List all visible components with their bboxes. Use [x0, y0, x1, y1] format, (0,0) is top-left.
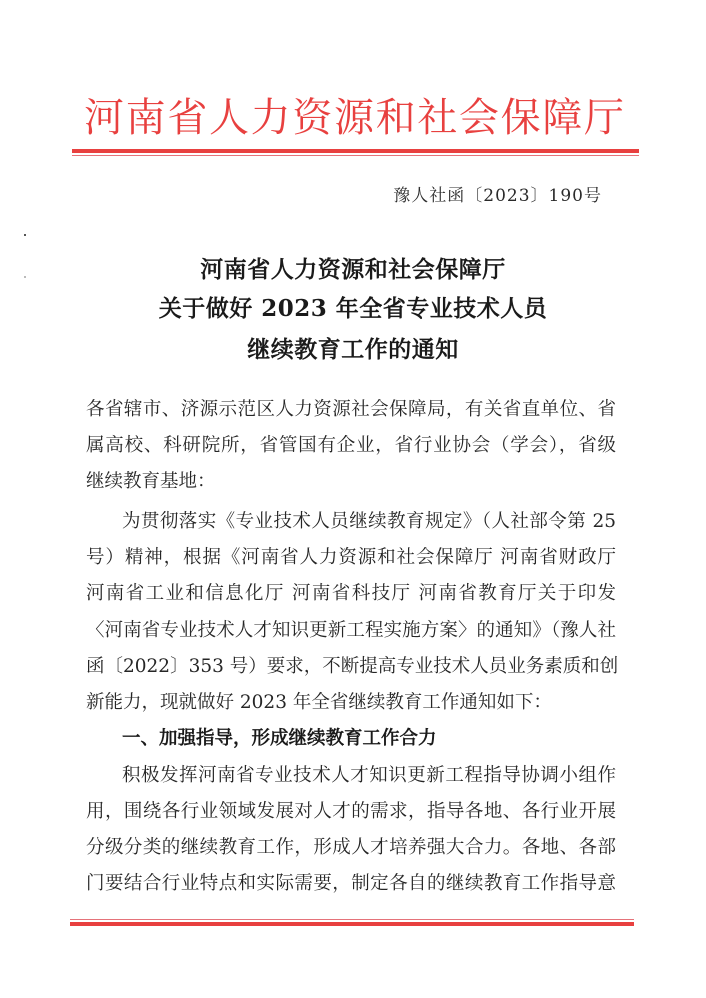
footer-rule-thick [70, 922, 634, 926]
notice-title-line-1: 河南省人力资源和社会保障厅 [0, 255, 706, 285]
notice-title-line-3: 继续教育工作的通知 [0, 335, 706, 365]
paragraph-line: 门要结合行业特点和实际需要，制定各自的继续教育工作指导意 [86, 871, 616, 897]
footer-rule-thin [70, 919, 634, 920]
paragraph-line: 为贯彻落实《专业技术人员继续教育规定》（人社部令第 25 [122, 509, 616, 535]
paragraph-line: 积极发挥河南省专业技术人才知识更新工程指导协调小组作 [122, 763, 616, 789]
scan-speck [24, 234, 26, 236]
letterhead-rule-thin [72, 155, 639, 156]
notice-title-line-2: 关于做好 2023 年全省专业技术人员 [0, 294, 706, 324]
paragraph-line: 河南省工业和信息化厅 河南省科技厅 河南省教育厅关于印发 [86, 581, 616, 607]
document-page: 河南省人力资源和社会保障厅 豫人社函〔2023〕190号 河南省人力资源和社会保… [0, 0, 706, 998]
paragraph-line: 用，围绕各行业领域发展对人才的需求，指导各地、各行业开展 [86, 799, 616, 825]
letterhead-title: 河南省人力资源和社会保障厅 [84, 92, 624, 144]
paragraph-line: 新能力，现就做好 2023 年全省继续教育工作通知如下： [86, 690, 616, 716]
paragraph-line: 〈河南省专业技术人才知识更新工程实施方案〉的通知》（豫人社 [86, 618, 616, 644]
paragraph-line: 号）精神，根据《河南省人力资源和社会保障厅 河南省财政厅 [86, 545, 616, 571]
paragraph-line: 分级分类的继续教育工作，形成人才培养强大合力。各地、各部 [86, 835, 616, 861]
addressee-line: 继续教育基地： [86, 469, 616, 495]
addressee-line: 各省辖市、济源示范区人力资源社会保障局，有关省直单位、省 [86, 397, 616, 423]
paragraph-line: 函〔2022〕353 号）要求，不断提高专业技术人员业务素质和创 [86, 654, 616, 680]
section-heading: 一、加强指导，形成继续教育工作合力 [122, 726, 437, 752]
letterhead-rule-thick [72, 149, 639, 153]
document-number: 豫人社函〔2023〕190号 [393, 184, 602, 208]
addressee-line: 属高校、科研院所，省管国有企业，省行业协会（学会），省级 [86, 433, 616, 459]
